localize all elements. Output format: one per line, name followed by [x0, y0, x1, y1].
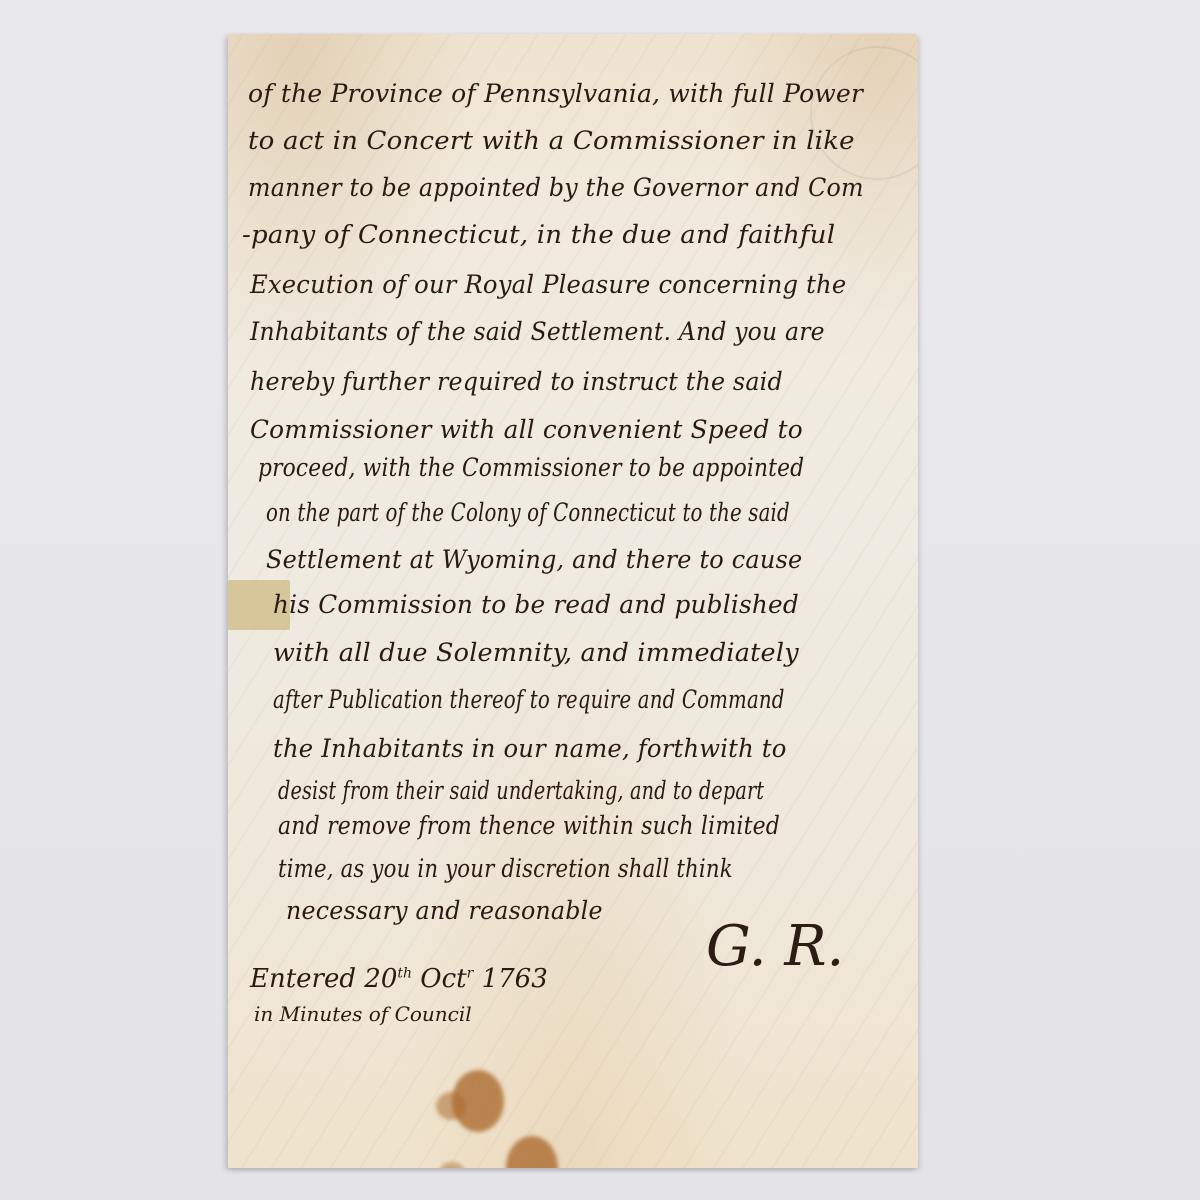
body-line: time, as you in your discretion shall th… — [278, 854, 733, 883]
body-line: Settlement at Wyoming, and there to caus… — [266, 545, 802, 574]
body-line: after Publication thereof to require and… — [273, 685, 785, 714]
body-line: with all due Solemnity, and immediately — [273, 638, 799, 667]
body-line: on the part of the Colony of Connecticut… — [266, 498, 790, 527]
entry-month-text: Oct — [412, 964, 467, 994]
royal-signature: G. R. — [706, 914, 844, 979]
entry-year-text: 1763 — [473, 964, 547, 994]
body-line: of the Province of Pennsylvania, with fu… — [248, 79, 863, 108]
body-line: Execution of our Royal Pleasure concerni… — [250, 270, 846, 299]
manuscript-page: of the Province of Pennsylvania, with fu… — [228, 34, 918, 1168]
body-line: proceed, with the Commissioner to be app… — [258, 453, 804, 482]
entry-note-line2: in Minutes of Council — [254, 1002, 472, 1026]
body-line: Commissioner with all convenient Speed t… — [250, 415, 803, 444]
body-line: manner to be appointed by the Governor a… — [248, 173, 864, 202]
body-text: of the Province of Pennsylvania, with fu… — [228, 34, 918, 1168]
body-line: the Inhabitants in our name, forthwith t… — [273, 734, 787, 763]
body-line: Inhabitants of the said Settlement. And … — [250, 317, 825, 346]
entry-date-sup: th — [397, 965, 412, 981]
entry-note-line1: Entered 20th Octr 1763 — [250, 964, 548, 994]
body-line: his Commission to be read and published — [273, 590, 799, 619]
body-line: to act in Concert with a Commissioner in… — [248, 126, 855, 155]
body-line: -pany of Connecticut, in the due and fai… — [242, 220, 835, 249]
body-line: hereby further required to instruct the … — [250, 367, 783, 396]
entry-date-text: Entered 20 — [250, 964, 397, 994]
body-line: desist from their said undertaking, and … — [278, 776, 764, 805]
body-line: necessary and reasonable — [286, 896, 603, 925]
body-line: and remove from thence within such limit… — [278, 811, 780, 840]
